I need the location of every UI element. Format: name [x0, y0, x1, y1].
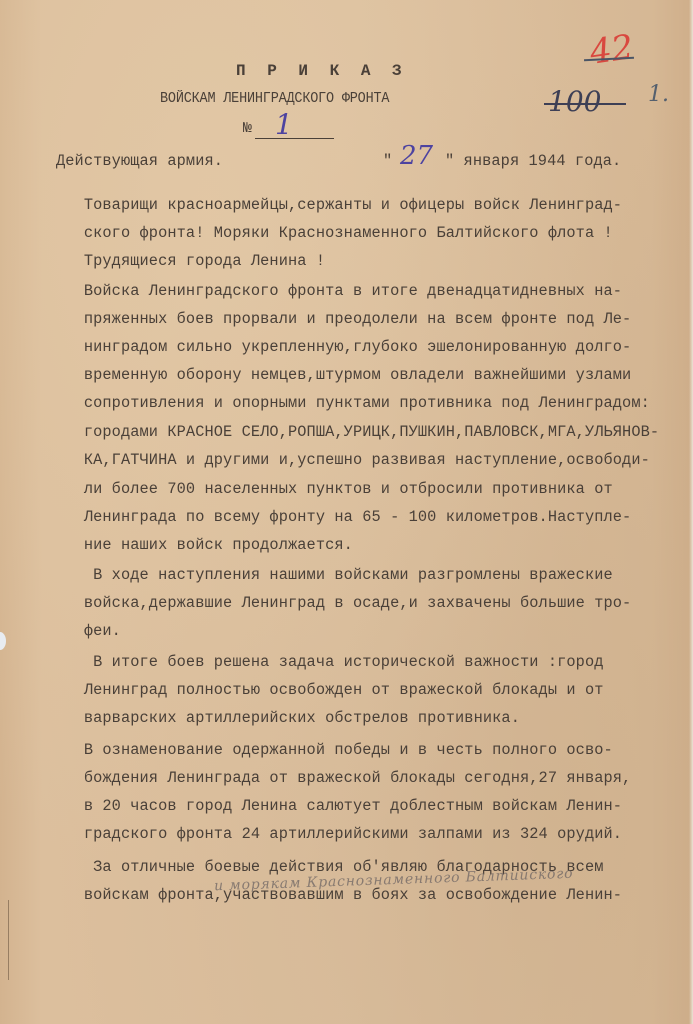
- body-line: Войска Ленинградского фронта в итоге две…: [56, 282, 622, 300]
- body-line: феи.: [56, 622, 121, 640]
- punch-hole: [0, 632, 6, 650]
- number-sign: №: [243, 120, 252, 137]
- body-line: В ходе наступления нашими войсками разгр…: [56, 566, 613, 584]
- body-line: войска,державшие Ленинград в осаде,и зах…: [56, 594, 631, 612]
- dateline-quote: ": [383, 152, 392, 170]
- body-line: нинградом сильно укрепленную,глубоко эше…: [56, 338, 631, 356]
- order-title: П Р И К А З: [236, 62, 408, 80]
- body-line: сопротивления и опорными пунктами против…: [56, 394, 650, 412]
- number-underline: [255, 138, 334, 139]
- handwritten-day: 27: [400, 141, 433, 171]
- body-line: городами КРАСНОЕ СЕЛО,РОПША,УРИЦК,ПУШКИН…: [56, 423, 659, 441]
- body-line: пряженных боев прорвали и преодолели на …: [56, 310, 631, 328]
- body-line: ние наших войск продолжается.: [56, 536, 353, 554]
- body-line: Товарищи красноармейцы,сержанты и офицер…: [56, 196, 622, 214]
- crossed-out-archive-number: 100: [548, 85, 601, 118]
- body-line: В итоге боев решена задача исторической …: [56, 653, 604, 671]
- strike-line: [544, 103, 626, 105]
- body-line: временную оборону немцев,штурмом овладел…: [56, 366, 631, 384]
- body-line: варварских артиллерийских обстрелов прот…: [56, 709, 520, 727]
- body-line: Ленинграда по всему фронту на 65 - 100 к…: [56, 508, 631, 526]
- body-line: Трудящиеся города Ленина !: [56, 252, 325, 270]
- body-line: бождения Ленинграда от вражеской блокады…: [56, 769, 631, 787]
- body-line: ского фронта! Моряки Краснознаменного Ба…: [56, 224, 613, 242]
- body-line: градского фронта 24 артиллерийскими залп…: [56, 825, 622, 843]
- dateline-place: Действующая армия.: [56, 152, 223, 170]
- order-subtitle: ВОЙСКАМ ЛЕНИНГРАДСКОГО ФРОНТА: [160, 91, 389, 107]
- body-line: Ленинград полностью освобожден от вражес…: [56, 681, 604, 699]
- body-line: КА,ГАТЧИНА и другими и,успешно развивая …: [56, 451, 650, 469]
- dateline-month-year: " января 1944 года.: [445, 152, 621, 170]
- handwritten-order-number: 1: [275, 108, 293, 141]
- red-pencil-archive-number: 42: [587, 27, 635, 73]
- body-line: ли более 700 населенных пунктов и отброс…: [56, 480, 613, 498]
- body-line: В ознаменование одержанной победы и в че…: [56, 741, 613, 759]
- sheet-mark: 1.: [648, 82, 669, 107]
- document-page: П Р И К А З ВОЙСКАМ ЛЕНИНГРАДСКОГО ФРОНТ…: [0, 0, 693, 1024]
- body-line: в 20 часов город Ленина салютует доблест…: [56, 797, 622, 815]
